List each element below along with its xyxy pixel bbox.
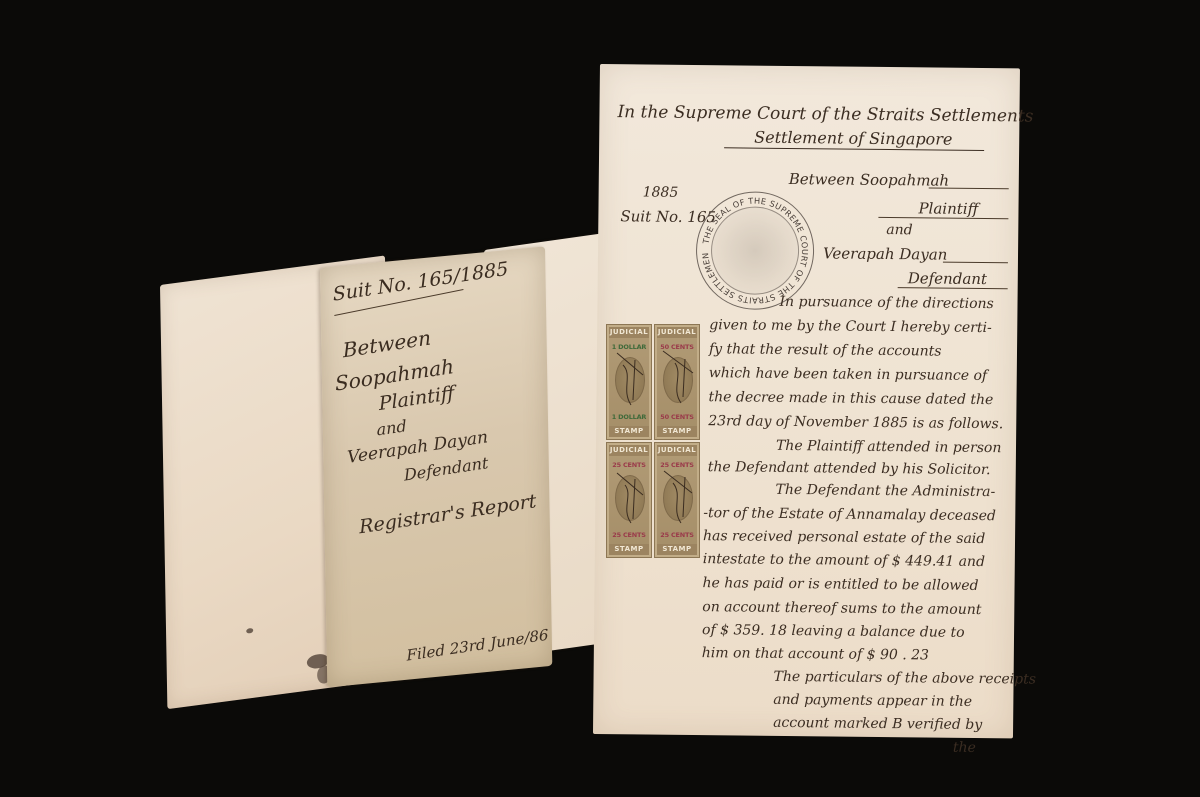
body-line: The Defendant the Administra- xyxy=(775,482,995,500)
stamp-header: JUDICIAL xyxy=(657,445,697,456)
stamp-header: JUDICIAL xyxy=(657,327,697,338)
body-line: account marked B verified by xyxy=(773,715,982,733)
plaintiff-label: Plaintiff xyxy=(918,199,978,218)
judicial-stamp: JUDICIAL 50 CENTS 50 CENTS STAMP xyxy=(654,324,700,440)
ink-stain xyxy=(246,628,253,634)
photograph-scene: Suit No. 165/1885 Between Soopahmah Plai… xyxy=(0,0,1200,797)
body-line: the xyxy=(953,740,976,756)
stamp-header: JUDICIAL xyxy=(609,327,649,338)
judicial-stamp: JUDICIAL 25 CENTS 25 CENTS STAMP xyxy=(654,442,700,558)
body-line: on account thereof sums to the amount xyxy=(702,599,981,618)
body-line: intestate to the amount of $ 449.41 and xyxy=(703,551,985,570)
docket-between: Between xyxy=(342,325,432,362)
body-line: the decree made in this cause dated the xyxy=(708,389,993,408)
cancellation-mark-icon xyxy=(613,345,647,415)
stamp-footer: STAMP xyxy=(609,544,649,555)
body-line: him on that account of $ 90 . 23 xyxy=(702,645,929,663)
body-line: which have been taken in pursuance of xyxy=(709,365,988,384)
seal-text-ring: THE SEAL OF THE SUPREME COURT OF THE STR… xyxy=(696,192,813,309)
defendant-name: Veerapah Dayan xyxy=(823,244,948,263)
stamp-footer: STAMP xyxy=(657,544,697,555)
body-line: In pursuance of the directions xyxy=(779,294,993,312)
judicial-stamps: JUDICIAL 1 DOLLAR 1 DOLLAR STAMP JUDICIA… xyxy=(606,324,702,560)
court-heading: In the Supreme Court of the Straits Sett… xyxy=(617,102,1033,126)
docket-panel: Suit No. 165/1885 Between Soopahmah Plai… xyxy=(320,246,552,687)
stamp-footer: STAMP xyxy=(609,426,649,437)
court-seal-icon: THE SEAL OF THE SUPREME COURT OF THE STR… xyxy=(695,191,814,310)
docket-filed-date: Filed 23rd June/86 xyxy=(406,626,549,665)
docket-and: and xyxy=(376,416,407,439)
docket-defendant-label: Defendant xyxy=(403,453,489,484)
cancellation-mark-icon xyxy=(661,463,695,533)
body-line: of $ 359. 18 leaving a balance due to xyxy=(702,622,965,641)
rule xyxy=(898,287,1008,289)
body-line: The Plaintiff attended in person xyxy=(776,438,1002,456)
body-line: fy that the result of the accounts xyxy=(709,341,942,359)
suit-year: 1885 xyxy=(643,184,679,200)
stamp-header: JUDICIAL xyxy=(609,445,649,456)
body-line: and payments appear in the xyxy=(773,692,972,710)
cancellation-mark-icon xyxy=(613,463,647,533)
body-line: The particulars of the above receipts xyxy=(774,669,1037,688)
defendant-label: Defendant xyxy=(908,269,987,288)
body-line: 23rd day of November 1885 is as follows. xyxy=(708,413,1003,432)
body-line: given to me by the Court I hereby certi- xyxy=(709,317,992,336)
body-line: -tor of the Estate of Annamalay deceased xyxy=(703,505,996,524)
parties-between: Between Soopahmah xyxy=(789,170,950,190)
svg-text:THE SEAL OF THE SUPREME COURT: THE SEAL OF THE SUPREME COURT OF THE STR… xyxy=(696,192,810,306)
parties-and: and xyxy=(886,222,912,238)
judicial-stamp: JUDICIAL 1 DOLLAR 1 DOLLAR STAMP xyxy=(606,324,652,440)
body-line: the Defendant attended by his Solicitor. xyxy=(708,459,991,478)
court-subheading: Settlement of Singapore xyxy=(754,128,952,149)
body-line: he has paid or is entitled to be allowed xyxy=(702,575,978,594)
rule xyxy=(943,262,1008,264)
body-line: has received personal estate of the said xyxy=(703,528,985,547)
cancellation-mark-icon xyxy=(661,345,695,415)
rule xyxy=(878,217,1008,219)
stamp-footer: STAMP xyxy=(657,426,697,437)
docket-title: Registrar's Report xyxy=(358,490,537,538)
judicial-stamp: JUDICIAL 25 CENTS 25 CENTS STAMP xyxy=(606,442,652,558)
